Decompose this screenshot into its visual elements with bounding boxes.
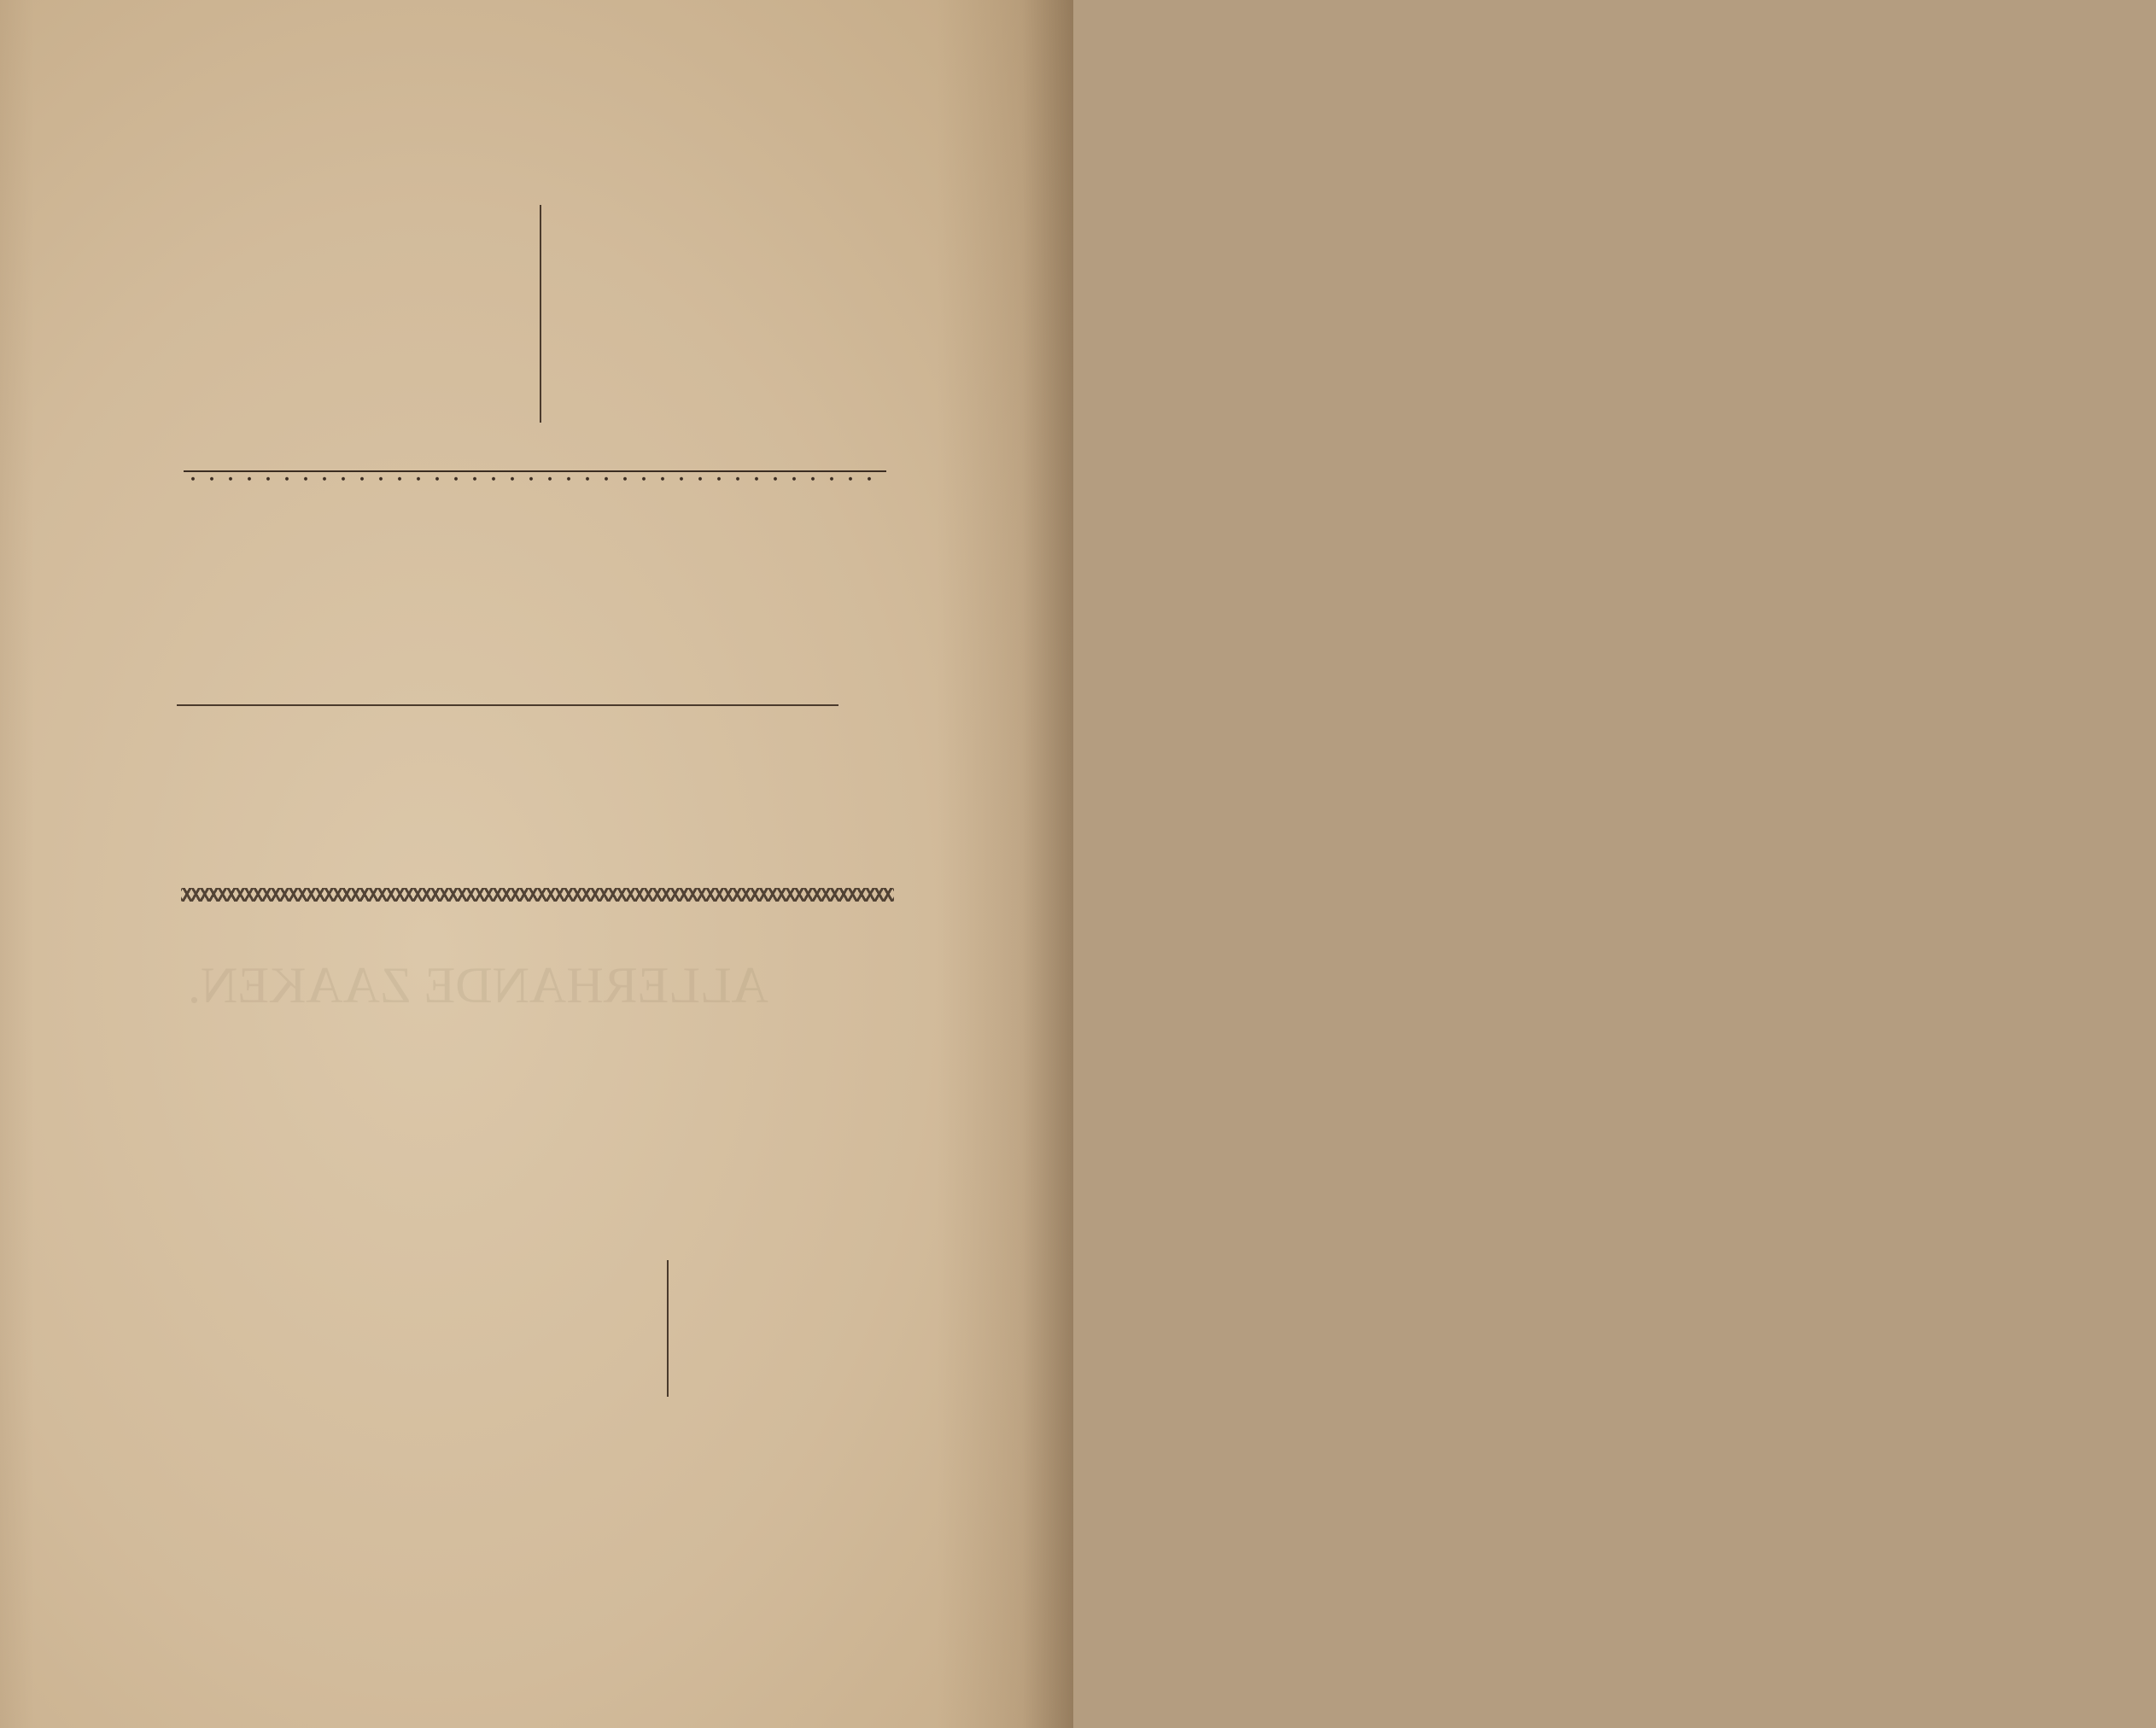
publicatie-heading	[177, 1077, 898, 1213]
braided-rule	[181, 888, 894, 902]
column-rule	[667, 1260, 669, 1397]
column-rule	[540, 205, 541, 423]
generale-ordonnantie-heading	[177, 726, 877, 774]
instructien-subtitle	[177, 567, 898, 591]
flourish-rule	[184, 470, 886, 482]
section-rule	[177, 704, 838, 706]
left-page: ALLERHANDE ZAAKEN.	[0, 0, 1073, 1728]
show-through-text: ALLERHANDE ZAAKEN.	[188, 956, 768, 1015]
